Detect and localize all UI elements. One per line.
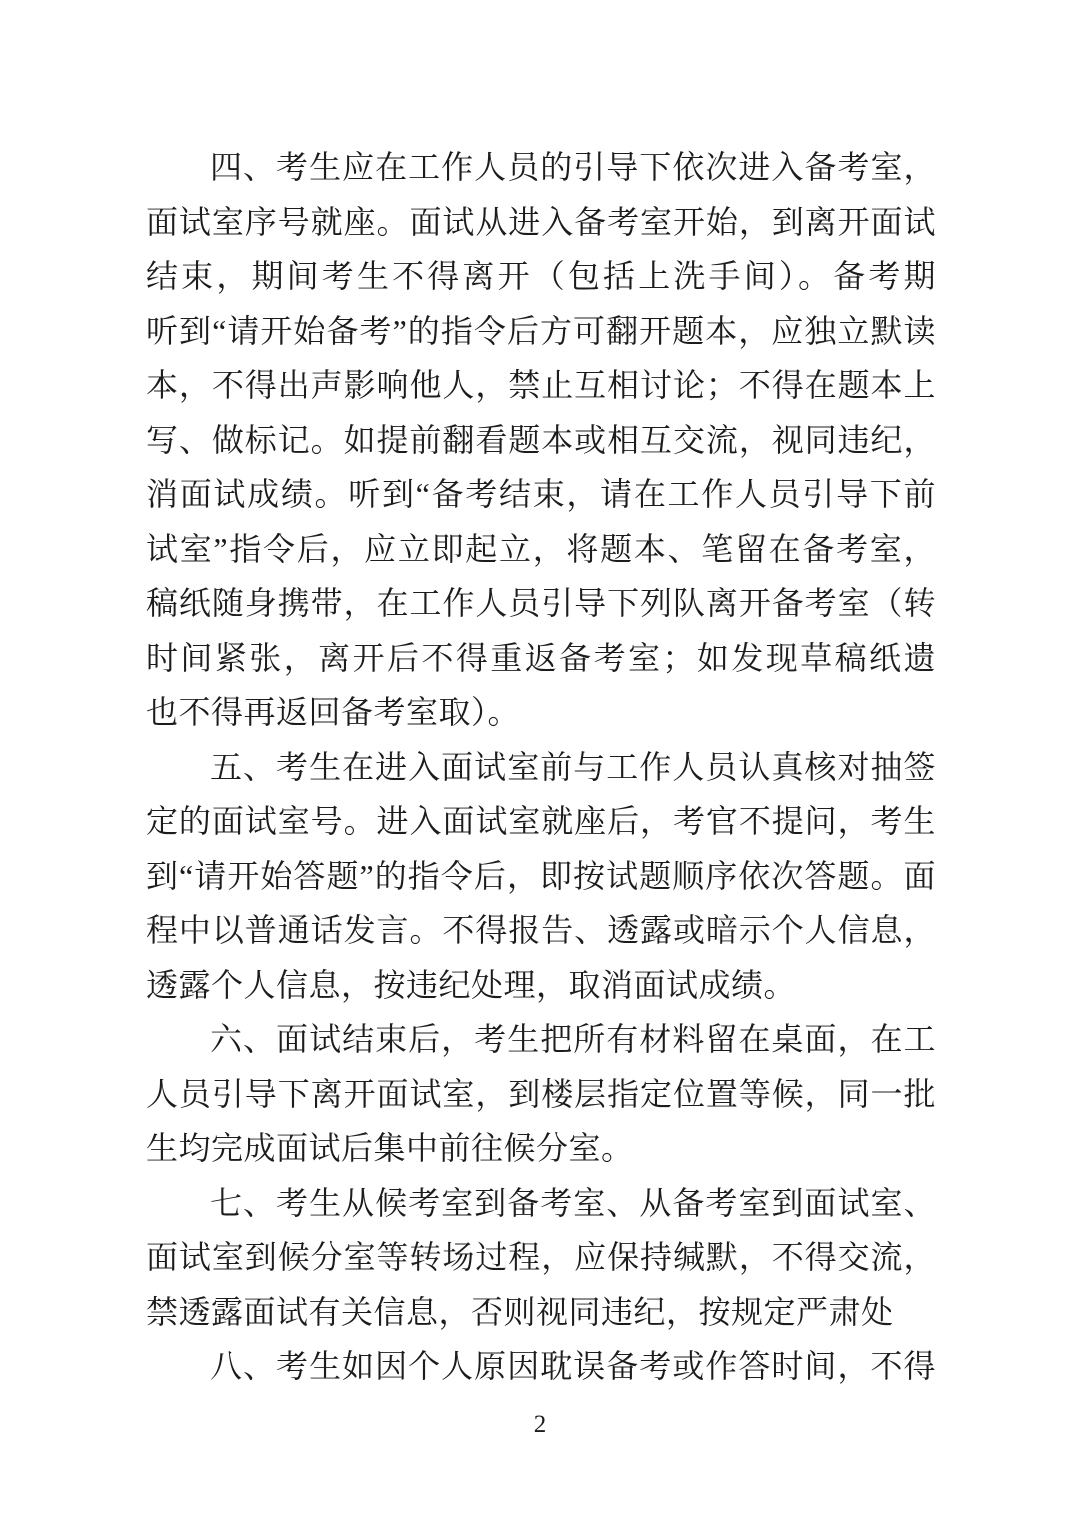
text-line: 写、做标记。如提前翻看题本或相互交流，视同违纪，取 xyxy=(146,413,936,468)
text-line: 到“请开始答题”的指令后，即按试题顺序依次答题。面试过 xyxy=(146,849,936,904)
text-body: 四、考生应在工作人员的引导下依次进入备考室，按面试室序号就座。面试从进入备考室开… xyxy=(146,140,936,1394)
text-line: 试室”指令后，应立即起立，将题本、笔留在备考室，将草 xyxy=(146,522,936,577)
text-line: 结束，期间考生不得离开（包括上洗手间）。备考期间， xyxy=(146,249,936,304)
text-line: 也不得再返回备考室取）。 xyxy=(146,685,936,740)
text-line: 人员引导下离开面试室，到楼层指定位置等候，同一批考 xyxy=(146,1067,936,1122)
text-line: 七、考生从候考室到备考室、从备考室到面试室、从 xyxy=(146,1176,936,1231)
document-page: 四、考生应在工作人员的引导下依次进入备考室，按面试室序号就座。面试从进入备考室开… xyxy=(0,0,1080,1527)
text-line: 面试室序号就座。面试从进入备考室开始，到离开面试室 xyxy=(146,195,936,250)
text-line: 生均完成面试后集中前往候分室。 xyxy=(146,1121,936,1176)
page-number: 2 xyxy=(0,1408,1080,1442)
text-line: 定的面试室号。进入面试室就座后，考官不提问，考生听 xyxy=(146,794,936,849)
text-line: 六、面试结束后，考生把所有材料留在桌面，在工作 xyxy=(146,1012,936,1067)
text-line: 程中以普通话发言。不得报告、透露或暗示个人信息，如 xyxy=(146,903,936,958)
text-line: 听到“请开始备考”的指令后方可翻开题本，应独立默读题 xyxy=(146,304,936,359)
text-line: 面试室到候分室等转场过程，应保持缄默，不得交流，严 xyxy=(146,1230,936,1285)
text-line: 时间紧张，离开后不得重返备考室；如发现草稿纸遗漏， xyxy=(146,631,936,686)
text-line: 稿纸随身携带，在工作人员引导下列队离开备考室（转场 xyxy=(146,576,936,631)
text-line: 五、考生在进入面试室前与工作人员认真核对抽签确 xyxy=(146,740,936,795)
text-line: 四、考生应在工作人员的引导下依次进入备考室，按 xyxy=(146,140,936,195)
text-line: 消面试成绩。听到“备考结束，请在工作人员引导下前往面 xyxy=(146,467,936,522)
text-line: 透露个人信息，按违纪处理，取消面试成绩。 xyxy=(146,958,936,1013)
text-line: 禁透露面试有关信息，否则视同违纪，按规定严肃处理。 xyxy=(146,1285,936,1340)
text-line: 本，不得出声影响他人，禁止互相讨论；不得在题本上涂 xyxy=(146,358,936,413)
text-line: 八、考生如因个人原因耽误备考或作答时间，不得要 xyxy=(146,1339,936,1394)
